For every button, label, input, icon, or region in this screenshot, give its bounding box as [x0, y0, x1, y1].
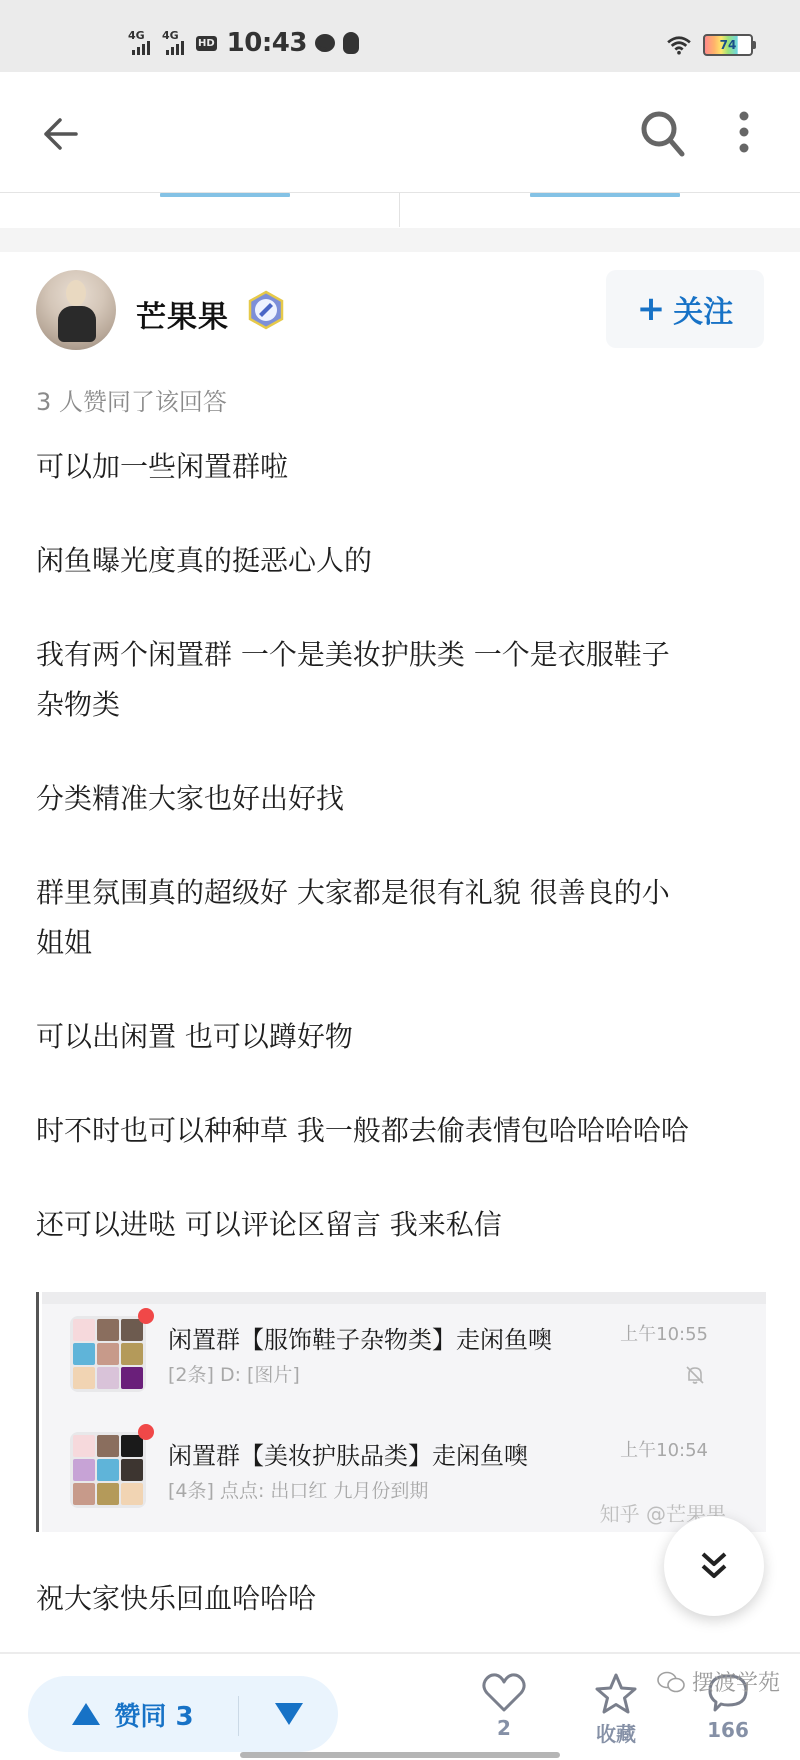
chat-preview: [2条] D: [图片] [168, 1360, 300, 1387]
double-chevron-down-icon [699, 1550, 729, 1582]
battery-icon: 74 [703, 34, 753, 56]
tab-left-ghost[interactable] [160, 193, 290, 197]
message-notification-icon [315, 34, 335, 52]
wifi-icon [665, 35, 693, 55]
follow-button[interactable]: + 关注 [606, 270, 764, 348]
avatar[interactable] [36, 270, 116, 350]
answer-paragraph: 分类精准大家也好出好找 [36, 774, 766, 824]
follow-label: 关注 [673, 287, 733, 331]
tab-strip [0, 192, 800, 228]
like-count: 2 [497, 1716, 511, 1740]
battery-level: 74 [720, 38, 737, 52]
chat-time: 上午10:55 [620, 1320, 708, 1346]
home-indicator[interactable] [240, 1752, 560, 1758]
favorite-label: 收藏 [596, 1718, 636, 1747]
comment-count: 166 [707, 1718, 749, 1742]
unread-dot [138, 1424, 154, 1440]
wechat-watermark: 摆渡学苑 [656, 1666, 780, 1697]
answer-paragraph: 群里氛围真的超级好 大家都是很有礼貌 很善良的小 [36, 868, 766, 918]
search-icon[interactable] [638, 108, 688, 158]
cellular-signal-icon: 4G [128, 29, 154, 57]
chat-title: 闲置群【美妆护肤品类】走闲鱼噢 [168, 1436, 528, 1471]
cellular-signal-icon: 4G [162, 29, 188, 57]
answer-paragraph: 可以出闲置 也可以蹲好物 [36, 1012, 766, 1062]
upvote-button[interactable]: 赞同 3 [28, 1676, 238, 1752]
downvote-button[interactable] [240, 1676, 338, 1752]
app-bar [0, 72, 800, 192]
downvote-triangle-icon [275, 1703, 303, 1725]
wechat-icon [656, 1670, 686, 1694]
chat-list-item: 闲置群【服饰鞋子杂物类】走闲鱼噢 [2条] D: [图片] 上午10:55 [42, 1292, 766, 1402]
chat-preview: [4条] 点点: 出口红 九月份到期 [168, 1476, 428, 1503]
group-avatar [70, 1316, 146, 1392]
answer-paragraph: 祝大家快乐回血哈哈哈 [36, 1574, 766, 1624]
favorite-button[interactable]: 收藏 [576, 1672, 656, 1758]
group-avatar [70, 1432, 146, 1508]
vote-pill: 赞同 3 [28, 1676, 338, 1752]
answer-paragraph: 杂物类 [36, 680, 766, 730]
answer-paragraph: 姐姐 [36, 918, 766, 968]
upvote-note: 3 人赞同了该回答 [36, 382, 227, 417]
chat-title: 闲置群【服饰鞋子杂物类】走闲鱼噢 [168, 1320, 552, 1355]
hd-voice-icon: HD [196, 36, 217, 51]
section-divider [0, 228, 800, 252]
plus-icon: + [637, 292, 666, 326]
more-vertical-icon[interactable] [732, 108, 756, 158]
chat-time: 上午10:54 [620, 1436, 708, 1462]
heart-icon [481, 1672, 527, 1714]
answer-paragraph: 闲鱼曝光度真的挺恶心人的 [36, 536, 766, 586]
back-arrow-icon[interactable] [38, 112, 82, 156]
upvote-label: 赞同 3 [114, 1696, 193, 1733]
answer-paragraph: 可以加一些闲置群啦 [36, 442, 766, 492]
next-answer-button[interactable] [664, 1516, 764, 1616]
answer-paragraph: 我有两个闲置群 一个是美妆护肤类 一个是衣服鞋子 [36, 630, 766, 680]
embedded-chat-image[interactable]: 闲置群【服饰鞋子杂物类】走闲鱼噢 [2条] D: [图片] 上午10:55 闲置… [36, 1292, 766, 1532]
status-bar: 4G 4G HD 10:43 74 [0, 0, 800, 72]
star-icon [593, 1672, 639, 1716]
author-row: 芒果果 + 关注 [0, 252, 800, 352]
unread-dot [138, 1308, 154, 1324]
upvote-triangle-icon [72, 1703, 100, 1725]
clock: 10:43 [227, 28, 307, 58]
author-name[interactable]: 芒果果 [136, 292, 229, 336]
answer-paragraph: 还可以进哒 可以评论区留言 我来私信 [36, 1200, 766, 1250]
mute-bell-icon [684, 1364, 706, 1386]
like-button[interactable]: 2 [464, 1672, 544, 1758]
answer-paragraph: 时不时也可以种种草 我一般都去偷表情包哈哈哈哈哈 [36, 1106, 766, 1156]
tab-right-ghost[interactable] [530, 193, 680, 197]
verified-badge-icon [246, 290, 286, 330]
qq-notification-icon [343, 32, 359, 54]
